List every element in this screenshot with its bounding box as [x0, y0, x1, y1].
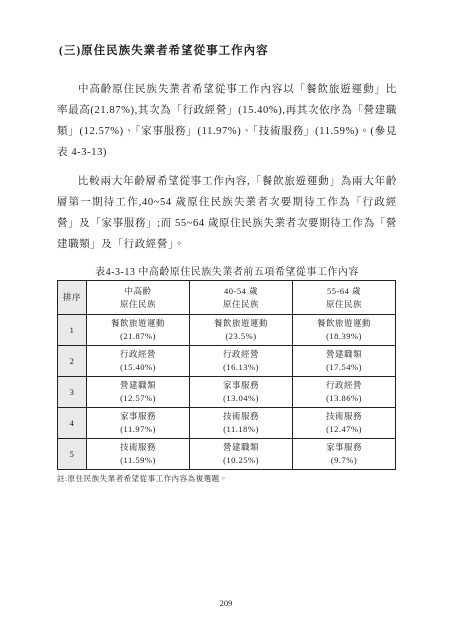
job-name: 技術服務	[88, 441, 188, 454]
header-rank: 排序	[58, 281, 87, 315]
cell-55-64: 行政經營 (13.86%)	[293, 377, 396, 408]
cell-40-54: 營建職類 (10.25%)	[190, 439, 293, 470]
job-percent: (18.39%)	[294, 330, 394, 343]
cell-55-64: 家事服務 (9.7%)	[293, 439, 396, 470]
job-name: 技術服務	[294, 410, 394, 423]
job-percent: (16.13%)	[191, 361, 291, 374]
table-row: 1 餐飲旅遊運動 (21.87%) 餐飲旅遊運動 (23.5%) 餐飲旅遊運動 …	[58, 315, 396, 346]
job-name: 技術服務	[191, 410, 291, 423]
table-row: 5 技術服務 (11.59%) 營建職類 (10.25%) 家事服務 (9.7%…	[58, 439, 396, 470]
cell-55-64: 營建職類 (17.54%)	[293, 346, 396, 377]
job-percent: (11.97%)	[88, 423, 188, 436]
job-percent: (17.54%)	[294, 361, 394, 374]
table-header: 排序 中高齡 原住民族 40-54 歲 原住民族 55-64 歲 原住民族	[58, 281, 396, 315]
rank-cell: 3	[58, 377, 87, 408]
cell-40-54: 餐飲旅遊運動 (23.5%)	[190, 315, 293, 346]
cell-middle-aged: 家事服務 (11.97%)	[87, 408, 190, 439]
job-percent: (12.47%)	[294, 423, 394, 436]
job-percent: (21.87%)	[88, 330, 188, 343]
cell-middle-aged: 餐飲旅遊運動 (21.87%)	[87, 315, 190, 346]
job-name: 餐飲旅遊運動	[88, 317, 188, 330]
job-percent: (13.86%)	[294, 392, 394, 405]
header-col1-line2: 原住民族	[88, 298, 188, 311]
rank-cell: 2	[58, 346, 87, 377]
table-caption: 表4-3-13 中高齡原住民族失業者前五項希望從事工作內容	[57, 263, 397, 278]
header-middle-aged: 中高齡 原住民族	[87, 281, 190, 315]
job-name: 營建職類	[88, 379, 188, 392]
cell-40-54: 家事服務 (13.04%)	[190, 377, 293, 408]
job-name: 餐飲旅遊運動	[294, 317, 394, 330]
cell-middle-aged: 行政經營 (15.40%)	[87, 346, 190, 377]
cell-55-64: 餐飲旅遊運動 (18.39%)	[293, 315, 396, 346]
job-name: 家事服務	[294, 441, 394, 454]
rank-cell: 5	[58, 439, 87, 470]
job-name: 家事服務	[191, 379, 291, 392]
header-55-64: 55-64 歲 原住民族	[293, 281, 396, 315]
job-name: 營建職類	[191, 441, 291, 454]
header-col3-line1: 55-64 歲	[294, 285, 394, 298]
cell-55-64: 技術服務 (12.47%)	[293, 408, 396, 439]
cell-middle-aged: 營建職類 (12.57%)	[87, 377, 190, 408]
header-row: 排序 中高齡 原住民族 40-54 歲 原住民族 55-64 歲 原住民族	[58, 281, 396, 315]
job-preference-table: 排序 中高齡 原住民族 40-54 歲 原住民族 55-64 歲 原住民族	[57, 280, 396, 470]
cell-40-54: 行政經營 (16.13%)	[190, 346, 293, 377]
header-col2-line2: 原住民族	[191, 298, 291, 311]
job-percent: (12.57%)	[88, 392, 188, 405]
cell-40-54: 技術服務 (11.18%)	[190, 408, 293, 439]
job-percent: (9.7%)	[294, 454, 394, 467]
job-percent: (10.25%)	[191, 454, 291, 467]
job-name: 營建職類	[294, 348, 394, 361]
cell-middle-aged: 技術服務 (11.59%)	[87, 439, 190, 470]
job-name: 餐飲旅遊運動	[191, 317, 291, 330]
job-percent: (13.04%)	[191, 392, 291, 405]
job-name: 行政經營	[191, 348, 291, 361]
header-col3-line2: 原住民族	[294, 298, 394, 311]
page-number: 209	[0, 598, 452, 608]
table-note: 註:原住民族失業者希望從事工作內容為複選題。	[57, 473, 397, 484]
job-percent: (11.18%)	[191, 423, 291, 436]
header-col2-line1: 40-54 歲	[191, 285, 291, 298]
job-name: 家事服務	[88, 410, 188, 423]
job-percent: (15.40%)	[88, 361, 188, 374]
paragraph-2: 比較兩大年齡層希望從事工作內容,「餐飲旅遊運動」為兩大年齡層第一期待工作,40~…	[57, 171, 397, 255]
job-name: 行政經營	[294, 379, 394, 392]
table-row: 3 營建職類 (12.57%) 家事服務 (13.04%) 行政經營 (13.8…	[58, 377, 396, 408]
job-percent: (11.59%)	[88, 454, 188, 467]
header-col1-line1: 中高齡	[88, 285, 188, 298]
job-name: 行政經營	[88, 348, 188, 361]
job-percent: (23.5%)	[191, 330, 291, 343]
paragraph-1: 中高齡原住民族失業者希望從事工作內容以「餐飲旅遊運動」比率最高(21.87%),…	[57, 79, 397, 163]
document-page: (三)原住民族失業者希望從事工作內容 中高齡原住民族失業者希望從事工作內容以「餐…	[0, 0, 452, 640]
header-40-54: 40-54 歲 原住民族	[190, 281, 293, 315]
table-row: 4 家事服務 (11.97%) 技術服務 (11.18%) 技術服務 (12.4…	[58, 408, 396, 439]
rank-cell: 1	[58, 315, 87, 346]
table-body: 1 餐飲旅遊運動 (21.87%) 餐飲旅遊運動 (23.5%) 餐飲旅遊運動 …	[58, 315, 396, 470]
section-heading: (三)原住民族失業者希望從事工作內容	[59, 42, 397, 58]
table-row: 2 行政經營 (15.40%) 行政經營 (16.13%) 營建職類 (17.5…	[58, 346, 396, 377]
page-content: (三)原住民族失業者希望從事工作內容 中高齡原住民族失業者希望從事工作內容以「餐…	[57, 42, 397, 484]
rank-cell: 4	[58, 408, 87, 439]
